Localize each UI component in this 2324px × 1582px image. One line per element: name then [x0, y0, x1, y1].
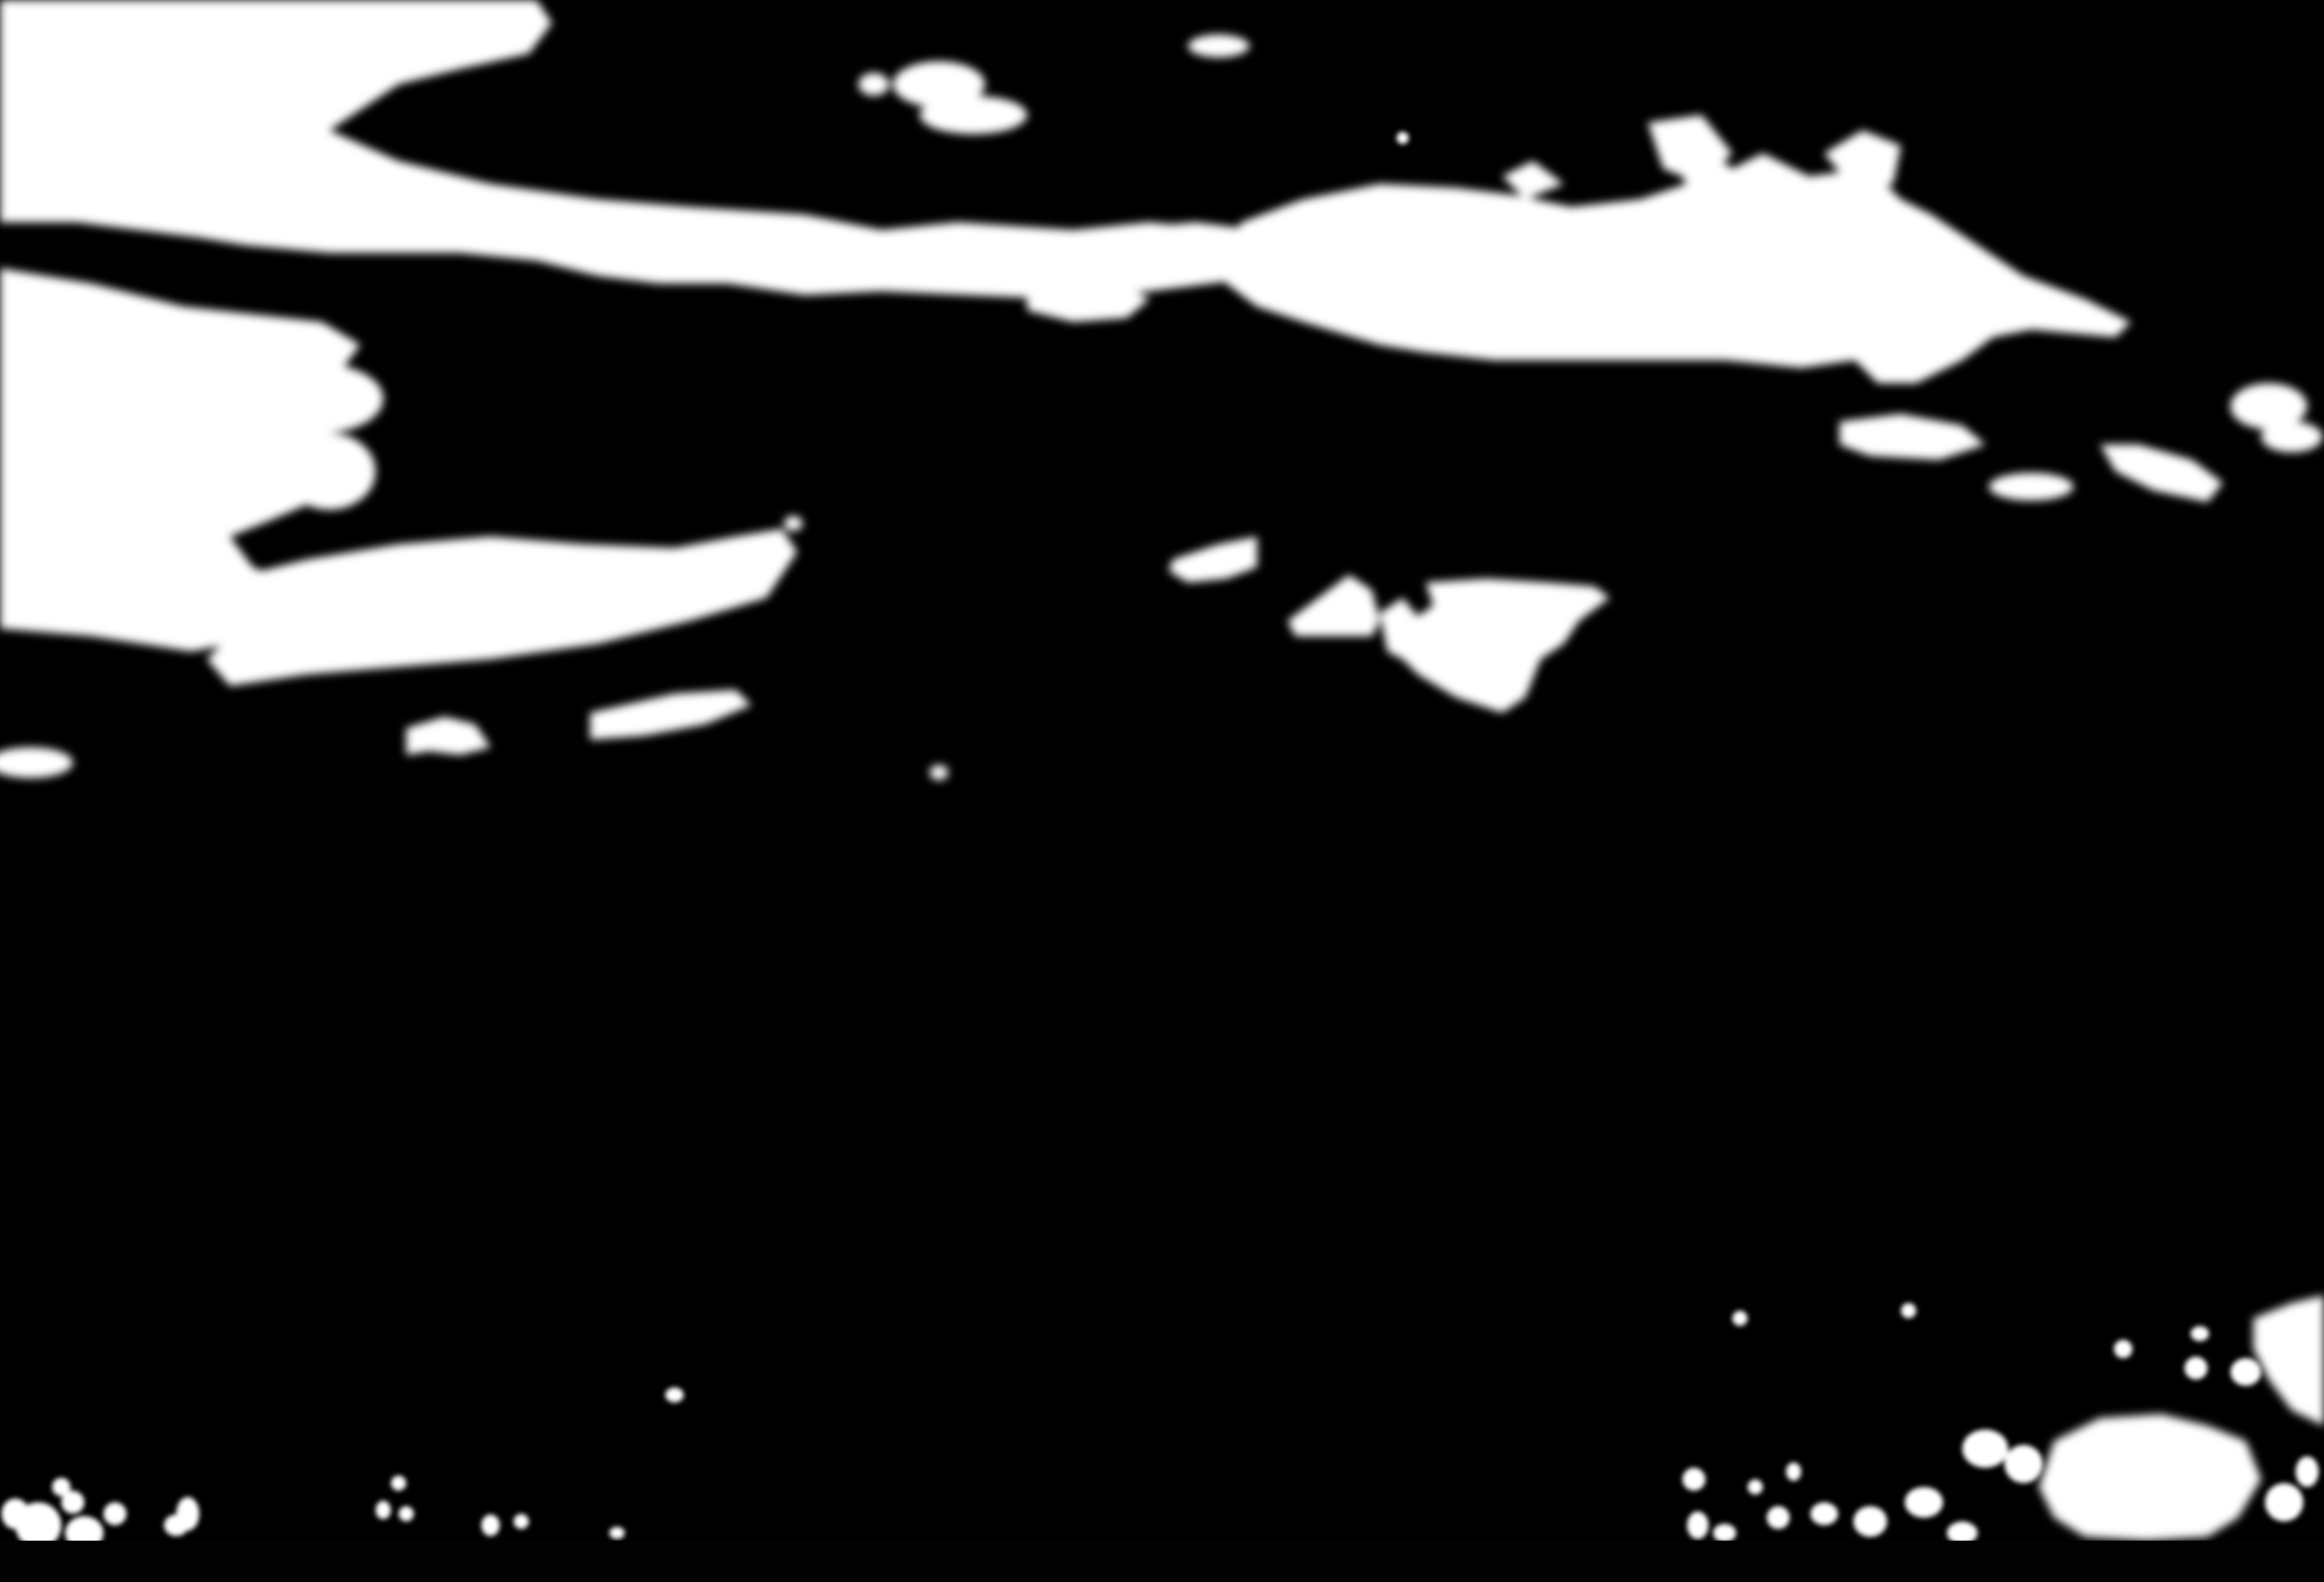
cloud-puff-bottom-right [1853, 1506, 1887, 1537]
cloud-top-center-2 [920, 96, 1027, 134]
cloud-puff-bottom-right [1748, 1479, 1763, 1495]
cloud-puff-bottom-left [2, 1498, 29, 1529]
cloud-puff-bottom-right [1905, 1487, 1943, 1518]
cloud-puff-bottom-right [2004, 1445, 2043, 1483]
cloud-puff-bottom-left [609, 1527, 625, 1539]
cloud-mid-left [207, 529, 797, 686]
cloud-puff-bottom-right [2265, 1483, 2303, 1521]
cloud-upper-right-bit [1502, 161, 1564, 199]
cloud-puff-bottom-left [665, 1387, 684, 1403]
cloud-far-right-2 [2261, 422, 2322, 452]
cloud-layer [0, 0, 2324, 1582]
cloud-puff-bottom-left [52, 1478, 71, 1496]
cloud-puff-bottom-left [514, 1514, 529, 1529]
cloud-left-edge [0, 747, 73, 778]
cloud-lower-left-1 [590, 690, 751, 740]
cloud-bottom-right-edge [2253, 1295, 2324, 1426]
cloud-lower-left-2 [406, 717, 491, 755]
cloud-puff-bottom-right [2184, 1357, 2207, 1380]
cloud-puff-bottom-left [1397, 132, 1409, 144]
cloud-puff-bottom-right [1682, 1468, 1705, 1491]
cloud-tiny-center [930, 765, 948, 780]
cloud-puff-bottom-right [2230, 1358, 2261, 1386]
cloud-puff-bottom-right [1786, 1462, 1801, 1481]
cloud-right-fringe-3 [1989, 473, 2073, 501]
cloud-right-fringe-1 [1840, 414, 1985, 460]
cloud-puff-bottom-right [2296, 1456, 2319, 1487]
cloud-puff-bottom-right [1810, 1502, 1838, 1525]
cloud-right-fringe-2 [2100, 445, 2223, 502]
cloud-left-lobe [261, 364, 383, 433]
cloud-puff-bottom-right [1962, 1429, 2008, 1468]
cloud-puff-bottom-right [1767, 1506, 1790, 1529]
cloud-puff-bottom-right [1732, 1311, 1748, 1326]
bottom-band [0, 1541, 2324, 1582]
cloud-bottom-right-main [2039, 1414, 2261, 1541]
cloud-puff-bottom-right [1713, 1524, 1736, 1542]
cloud-left-lobe-2 [284, 433, 376, 510]
cloud-puff-bottom-right [2114, 1340, 2132, 1358]
cloud-puff-bottom-left [391, 1475, 406, 1491]
cloud-center-left-frag [1288, 575, 1380, 636]
cloud-puff-bottom-right [1687, 1511, 1709, 1539]
cloud-puff-bottom-left [164, 1515, 189, 1536]
cloud-top-small [1188, 34, 1249, 57]
cloud-center-oval [1169, 537, 1257, 583]
cloud-puff-bottom-right [2191, 1326, 2209, 1341]
satellite-image [0, 0, 2324, 1582]
cloud-puff-bottom-left [103, 1502, 126, 1525]
cloud-puff-bottom-right [1901, 1303, 1916, 1318]
cloud-upper-right-main [1219, 146, 2131, 383]
cloud-mid-left-tip [784, 516, 803, 531]
cloud-puff-bottom-left [376, 1501, 391, 1519]
cloud-puff-bottom-left [399, 1506, 414, 1521]
cloud-puff-bottom-left [481, 1515, 500, 1536]
cloud-top-center-3 [858, 73, 889, 96]
